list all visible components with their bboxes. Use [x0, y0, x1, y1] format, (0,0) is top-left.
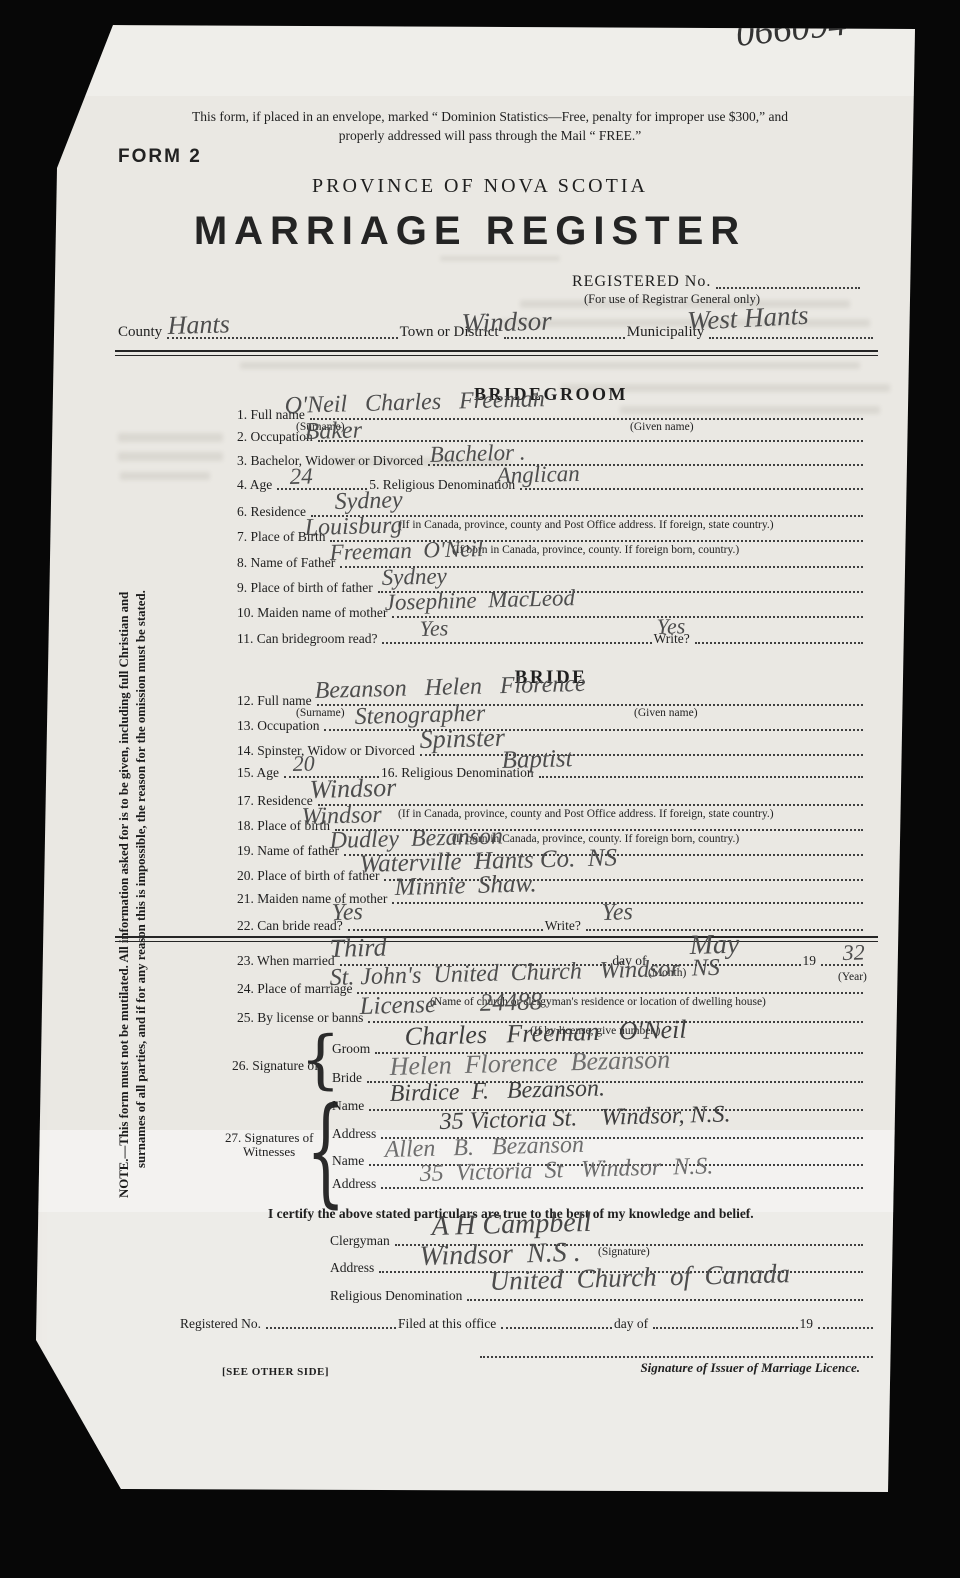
- age-label: 4. Age: [237, 478, 275, 492]
- father-birthplace-groom-value: Sydney: [381, 564, 447, 589]
- religious-denomination-label: Religious Denomination: [330, 1289, 465, 1303]
- dotted-line: [392, 615, 863, 618]
- wedding-day-value: Third: [329, 935, 387, 962]
- dotted-line: [382, 641, 651, 644]
- mother-maiden-label: 10. Maiden name of mother: [237, 606, 390, 620]
- witness1-name-value: Birdice F. Bezanson.: [389, 1076, 605, 1106]
- county-label: County: [118, 325, 165, 340]
- dotted-line: [266, 1326, 396, 1329]
- occupation-groom-value: Baker: [304, 419, 362, 444]
- residence-groom-value: Sydney: [334, 488, 403, 514]
- mother-maiden-label: 21. Maiden name of mother: [237, 892, 390, 906]
- mail-note-line1: This form, if placed in an envelope, mar…: [130, 109, 850, 125]
- religion-groom-value: Anglican: [496, 462, 580, 487]
- wedding-year-value: 32: [842, 941, 865, 964]
- mother-maiden-bride-value: Minnie Shaw.: [394, 871, 536, 900]
- name-label: Name: [332, 1099, 367, 1113]
- write-label: Write?: [545, 919, 584, 933]
- sidebar-note-line1: NOTE.—This form must not be mutilated. A…: [116, 542, 133, 1198]
- registered-no-label: Registered No.: [180, 1317, 264, 1331]
- dotted-line: [520, 487, 863, 490]
- day-of-label: day of: [614, 1317, 651, 1331]
- serial-number-handwritten: 066094: [734, 5, 848, 53]
- town-district-value: Windsor: [461, 308, 552, 337]
- residence-bride-value: Windsor: [309, 775, 396, 803]
- dotted-line: [539, 775, 863, 778]
- scanned-marriage-register-page: { "header": { "serial": "066094", "mail1…: [0, 0, 960, 1578]
- name-label: Name: [332, 1154, 367, 1168]
- dotted-line: [348, 928, 543, 931]
- occupation-label: 13. Occupation: [237, 719, 322, 733]
- father-name-label: 19. Name of father: [237, 844, 342, 858]
- marital-status-bride-value: Spinster: [419, 725, 505, 753]
- father-name-groom-value: Freeman O'Neil: [329, 537, 483, 564]
- dotted-line: [501, 1326, 612, 1329]
- marital-status-label: 3. Bachelor, Widower or Divorced: [237, 454, 426, 468]
- can-write-bride-value: Yes: [601, 900, 633, 925]
- birthplace-groom-value: Louisburg: [304, 513, 402, 540]
- sidebar-note: NOTE.—This form must not be mutilated. A…: [116, 542, 162, 1198]
- issuer-signature-label: Signature of Issuer of Marriage Licence.: [478, 1361, 875, 1376]
- can-write-groom-value: Yes: [656, 615, 685, 638]
- can-read-label: 22. Can bride read?: [237, 919, 346, 933]
- can-read-label: 11. Can bridegroom read?: [237, 632, 380, 646]
- witnesses-label-line1: 27. Signatures of: [225, 1130, 313, 1145]
- mail-note-line2: properly addressed will pass through the…: [130, 128, 850, 144]
- religion-bride-value: Baptist: [501, 746, 572, 773]
- dotted-line: [318, 439, 863, 442]
- sidebar-note-line2: surnames of all parties, and if for any …: [133, 542, 150, 1198]
- filed-at-office-label: Filed at this office: [398, 1317, 499, 1331]
- address-label: Address: [332, 1127, 379, 1141]
- dotted-line: [695, 641, 863, 644]
- dotted-line: [420, 753, 863, 756]
- age-bride-value: 20: [292, 752, 315, 775]
- dotted-line: [318, 803, 863, 806]
- clergyman-label: Clergyman: [330, 1234, 393, 1248]
- father-birthplace-label: 9. Place of birth of father: [237, 581, 376, 595]
- dotted-line: [467, 1298, 863, 1301]
- double-rule-mid: [115, 936, 878, 942]
- license-or-banns-label: 25. By license or banns: [237, 1011, 366, 1025]
- field-clergyman: Clergyman: [330, 1228, 865, 1247]
- dotted-line: [818, 1326, 873, 1329]
- municipality-value: West Hants: [687, 302, 810, 335]
- residence-label: 6. Residence: [237, 505, 309, 519]
- page-title: MARRIAGE REGISTER: [120, 208, 820, 254]
- fold-crease-line: [32, 1340, 120, 1490]
- double-rule-top: [115, 350, 878, 356]
- groom-label: Groom: [332, 1042, 373, 1056]
- witnesses-label-line2: Witnesses: [225, 1144, 295, 1159]
- field-registered-filed: Registered No. Filed at this office day …: [180, 1311, 875, 1330]
- address-label: Address: [330, 1261, 377, 1275]
- birthplace-bride-value: Windsor: [301, 803, 382, 829]
- dotted-line: [653, 1326, 797, 1329]
- dotted-line: [716, 286, 860, 289]
- see-other-side-label: [SEE OTHER SIDE]: [222, 1366, 329, 1379]
- address-label: Address: [332, 1177, 379, 1191]
- full-name-label: 12. Full name: [237, 694, 315, 708]
- issuer-signature-line: [478, 1340, 875, 1359]
- when-married-label: 23. When married: [237, 954, 338, 968]
- father-name-label: 8. Name of Father: [237, 556, 338, 570]
- field-can-read-groom: 11. Can bridegroom read? Write?: [237, 626, 865, 645]
- can-read-groom-value: Yes: [419, 617, 448, 640]
- age-groom-value: 24: [289, 464, 313, 488]
- mother-maiden-groom-value: Josephine MacLeod: [384, 586, 575, 614]
- dotted-line: [310, 417, 863, 420]
- field-occupation-bride: 13. Occupation: [237, 713, 865, 732]
- folded-corner: [36, 1342, 122, 1489]
- registered-no-label: REGISTERED No.: [572, 274, 714, 290]
- dotted-line: [480, 1355, 873, 1358]
- paper-sheet: 066094 This form, if placed in an envelo…: [0, 0, 960, 1578]
- dotted-line: [709, 336, 873, 339]
- registered-no-row: REGISTERED No.: [572, 271, 862, 290]
- marital-status-label: 14. Spinster, Widow or Divorced: [237, 744, 418, 758]
- age-label: 15. Age: [237, 766, 282, 780]
- year-prefix: 19: [800, 1317, 817, 1331]
- form-number-label: FORM 2: [118, 146, 202, 168]
- dotted-line: [504, 336, 625, 339]
- county-value: Hants: [167, 311, 230, 339]
- can-read-bride-value: Yes: [331, 900, 363, 925]
- year-prefix: 19: [803, 954, 820, 968]
- dotted-line: [381, 1186, 863, 1189]
- license-number-value: License 24488: [359, 989, 542, 1019]
- province-heading: PROVINCE OF NOVA SCOTIA: [130, 175, 830, 198]
